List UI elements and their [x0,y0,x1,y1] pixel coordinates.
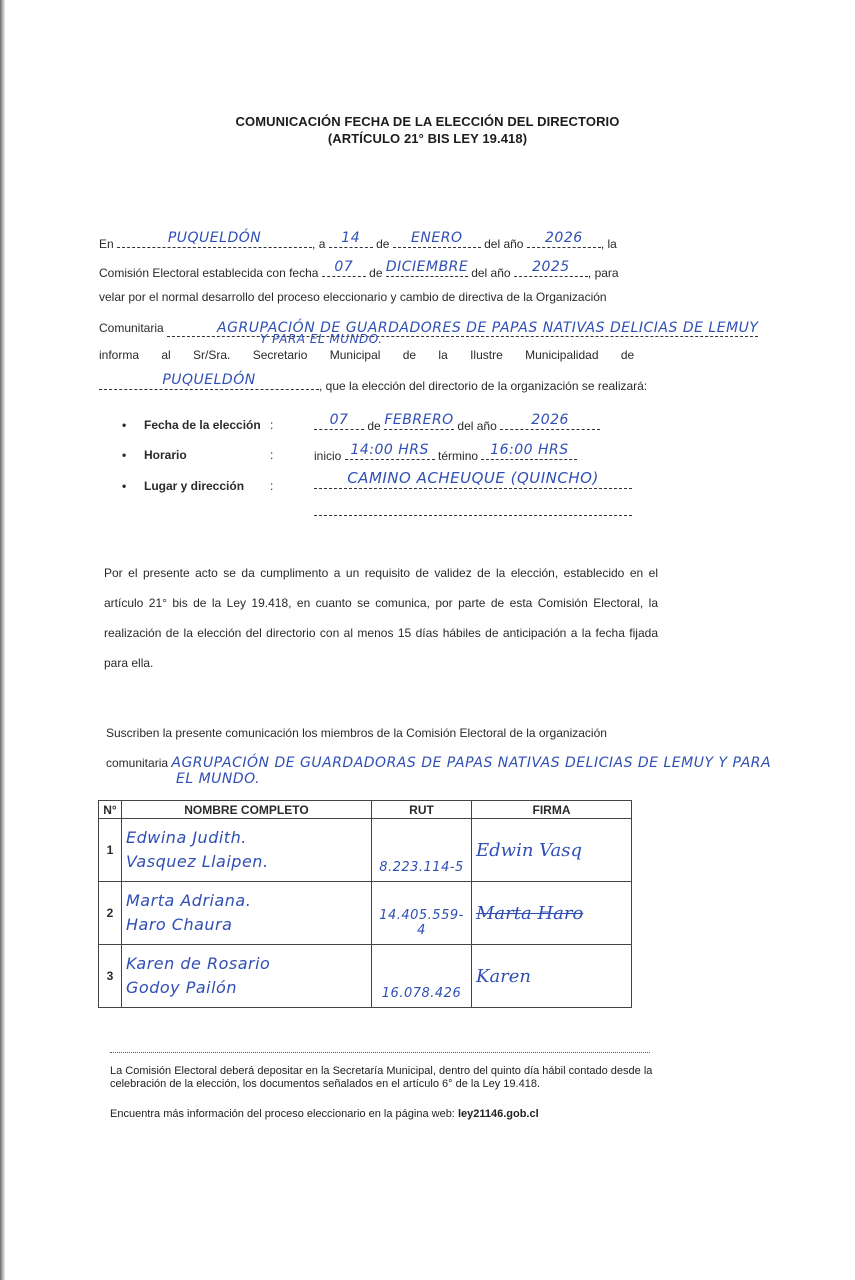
commission-year-field[interactable]: 2025 [514,261,588,277]
election-day-value: 07 [314,412,364,428]
subscribe-organization-name-line2: EL MUNDO. [176,771,260,787]
bullet-icon: • [122,479,144,493]
la-label: , la [601,237,617,251]
election-date-label: Fecha de la elección [144,418,261,432]
scan-edge [0,0,5,1280]
end-time-field[interactable]: 16:00 HRS [481,444,577,460]
signature: Edwin Vasq [476,840,582,861]
colon: : [270,448,273,462]
rut-cell[interactable]: 16.078.426 [372,945,472,1008]
validity-paragraph: Por el presente acto se da cumplimento a… [104,558,658,678]
bullet-icon: • [122,418,144,432]
first-names: Marta Adriana. [126,889,367,913]
commission-year-value: 2025 [514,259,588,275]
election-year-field[interactable]: 2026 [500,414,600,430]
election-year-value: 2026 [500,412,600,428]
en-label: En [99,237,114,251]
rut-cell[interactable]: 8.223.114-5 [372,819,472,882]
first-names: Edwina Judith. [126,826,367,850]
header-number: N° [99,801,122,819]
commission-day-value: 07 [322,259,366,275]
commission-members-table: N° NOMBRE COMPLETO RUT FIRMA 1 Edwina Ju… [98,800,632,1008]
footer-info-text: Encuentra más información del proceso el… [110,1108,455,1120]
subscribe-comunitaria-line: comunitaria AGRUPACIÓN DE GUARDADORAS DE… [106,755,771,771]
election-month-value: FEBRERO [384,412,454,428]
colon: : [270,479,273,493]
city-value: PUQUELDÓN [117,230,312,246]
full-name-cell[interactable]: Marta Adriana. Haro Chaura [122,882,372,945]
city-field[interactable]: PUQUELDÓN [117,232,312,248]
election-date-value: 07 de FEBRERO del año 2026 [314,414,600,433]
header-rut: RUT [372,801,472,819]
table-row: 3 Karen de Rosario Godoy Pailón 16.078.4… [99,945,632,1008]
place-row: •Lugar y dirección [122,479,244,493]
document-subtitle: (ARTÍCULO 21° BIS LEY 19.418) [0,131,855,146]
start-time-value: 14:00 HRS [345,442,435,458]
signature-cell[interactable]: Marta Haro [472,882,632,945]
full-name-cell[interactable]: Karen de Rosario Godoy Pailón [122,945,372,1008]
de-label: de [367,419,380,433]
comunitaria-label: comunitaria [106,756,168,770]
municipality-field[interactable]: PUQUELDÓN [99,374,319,390]
full-name-cell[interactable]: Edwina Judith. Vasquez Llaipen. [122,819,372,882]
comunitaria-line: Comunitaria AGRUPACIÓN DE GUARDADORES DE… [99,320,758,336]
day-value: 14 [329,230,373,246]
subscribe-text: Suscriben la presente comunicación los m… [106,726,607,740]
schedule-label: Horario [144,448,187,462]
rut-cell[interactable]: 14.405.559-4 [372,882,472,945]
comunitaria-label: Comunitaria [99,321,164,335]
schedule-row: •Horario [122,448,187,462]
termino-label: término [438,449,478,463]
del-ano-label: del año [471,266,510,280]
de-label: de [369,266,382,280]
website-link[interactable]: ley21146.gob.cl [458,1108,539,1120]
commission-month-field[interactable]: DICIEMBRE [386,261,468,277]
a-label: , a [312,237,325,251]
place-label: Lugar y dirección [144,479,244,493]
intro-line-2: Comisión Electoral establecida con fecha… [99,261,619,280]
month-field[interactable]: ENERO [393,232,481,248]
month-value: ENERO [393,230,481,246]
surnames: Vasquez Llaipen. [126,850,367,874]
schedule-value: inicio 14:00 HRS término 16:00 HRS [314,444,577,463]
commission-label: Comisión Electoral establecida con fecha [99,266,318,280]
signature: Marta Haro [476,903,583,924]
signature: Karen [476,966,531,987]
rut-value: 16.078.426 [382,986,461,1001]
header-signature: FIRMA [472,801,632,819]
de-label: de [376,237,389,251]
para-label: , para [588,266,619,280]
start-time-field[interactable]: 14:00 HRS [345,444,435,460]
place-text: CAMINO ACHEUQUE (QUINCHO) [314,469,632,487]
election-day-field[interactable]: 07 [314,414,364,430]
velar-text: velar por el normal desarrollo del proce… [99,290,607,304]
footer-note: La Comisión Electoral deberá depositar e… [110,1065,690,1091]
surnames: Godoy Pailón [126,976,367,1000]
place-line-2 [314,500,632,521]
first-names: Karen de Rosario [126,952,367,976]
place-value: CAMINO ACHEUQUE (QUINCHO) [314,473,632,494]
signature-cell[interactable]: Edwin Vasq [472,819,632,882]
place-field-2[interactable] [314,500,632,516]
commission-month-value: DICIEMBRE [386,259,468,275]
rut-value: 14.405.559-4 [379,908,464,938]
municipality-line: PUQUELDÓN, que la elección del directori… [99,374,647,393]
election-month-field[interactable]: FEBRERO [384,414,454,430]
surnames: Haro Chaura [126,913,367,937]
que-text: , que la elección del directorio de la o… [319,379,647,393]
table-row: 1 Edwina Judith. Vasquez Llaipen. 8.223.… [99,819,632,882]
day-field[interactable]: 14 [329,232,373,248]
election-date-row: •Fecha de la elección [122,418,261,432]
footer-info: Encuentra más información del proceso el… [110,1108,690,1120]
bullet-icon: • [122,448,144,462]
year-field[interactable]: 2026 [527,232,601,248]
row-number: 3 [99,945,122,1008]
table-row: 2 Marta Adriana. Haro Chaura 14.405.559-… [99,882,632,945]
del-ano-label: del año [484,237,523,251]
municipality-value: PUQUELDÓN [99,372,319,388]
document-title: COMUNICACIÓN FECHA DE LA ELECCIÓN DEL DI… [0,114,855,129]
year-value: 2026 [527,230,601,246]
row-number: 1 [99,819,122,882]
signature-cell[interactable]: Karen [472,945,632,1008]
footer-divider [110,1052,650,1053]
rut-value: 8.223.114-5 [379,860,464,875]
intro-line-1: En PUQUELDÓN, a 14 de ENERO del año 2026… [99,232,617,251]
row-number: 2 [99,882,122,945]
colon: : [270,418,273,432]
header-full-name: NOMBRE COMPLETO [122,801,372,819]
commission-day-field[interactable]: 07 [322,261,366,277]
organization-name-field[interactable]: AGRUPACIÓN DE GUARDADORES DE PAPAS NATIV… [167,320,758,337]
end-time-value: 16:00 HRS [481,442,577,458]
informa-text: informa al Sr/Sra. Secretario Municipal … [99,348,634,362]
inicio-label: inicio [314,449,341,463]
place-field[interactable]: CAMINO ACHEUQUE (QUINCHO) [314,473,632,489]
del-ano-label: del año [457,419,496,433]
subscribe-organization-name[interactable]: AGRUPACIÓN DE GUARDADORAS DE PAPAS NATIV… [171,755,771,771]
organization-name-line2: Y PARA EL MUNDO. [260,332,383,346]
